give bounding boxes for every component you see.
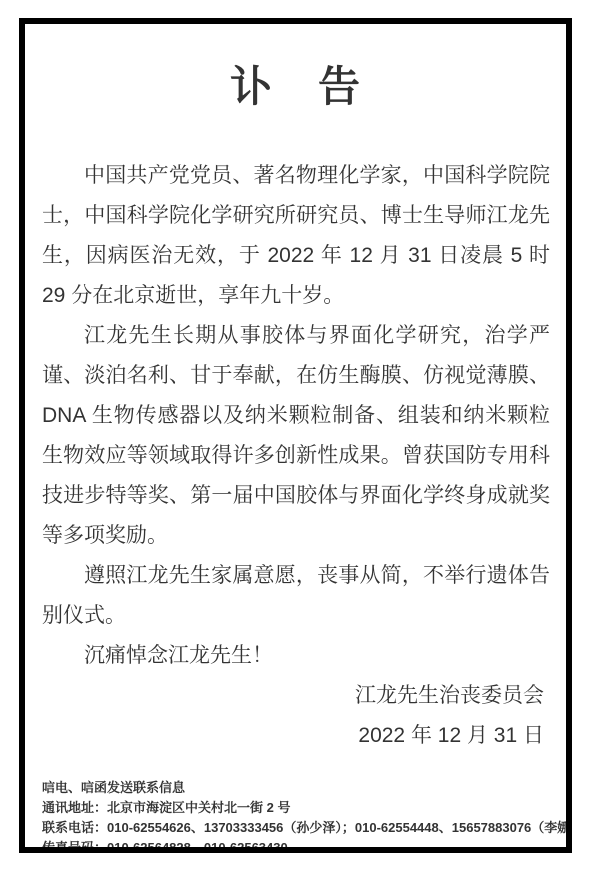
contact-info-block: 唁电、唁函发送联系信息 通讯地址：北京市海淀区中关村北一街 2 号 联系电话：0… [42, 778, 550, 853]
contact-fax: 传真号码：010-62564828、010-62563430 [42, 838, 550, 853]
obituary-border-frame: 讣 告 中国共产党党员、著名物理化学家，中国科学院院士，中国科学院化学研究所研究… [19, 18, 572, 853]
signature-date: 2022 年 12 月 31 日 [42, 716, 550, 756]
contact-address: 通讯地址：北京市海淀区中关村北一街 2 号 [42, 798, 550, 818]
obituary-title: 讣 告 [42, 54, 550, 114]
obituary-paragraph-achievements: 江龙先生长期从事胶体与界面化学研究，治学严谨、淡泊名利、甘于奉献，在仿生酶膜、仿… [42, 316, 550, 556]
obituary-paragraph-mourning: 沉痛悼念江龙先生！ [42, 636, 550, 676]
obituary-body: 中国共产党党员、著名物理化学家，中国科学院院士，中国科学院化学研究所研究员、博士… [42, 156, 550, 676]
obituary-paragraph-death-notice: 中国共产党党员、著名物理化学家，中国科学院院士，中国科学院化学研究所研究员、博士… [42, 156, 550, 316]
obituary-page: 讣 告 中国共产党党员、著名物理化学家，中国科学院院士，中国科学院化学研究所研究… [0, 0, 593, 873]
obituary-paragraph-funeral-arrangement: 遵照江龙先生家属意愿，丧事从简，不举行遗体告别仪式。 [42, 556, 550, 636]
signature-committee: 江龙先生治丧委员会 [42, 676, 550, 716]
contact-phone: 联系电话：010-62554626、13703333456（孙少泽）；010-6… [42, 818, 550, 838]
contact-heading: 唁电、唁函发送联系信息 [42, 778, 550, 798]
